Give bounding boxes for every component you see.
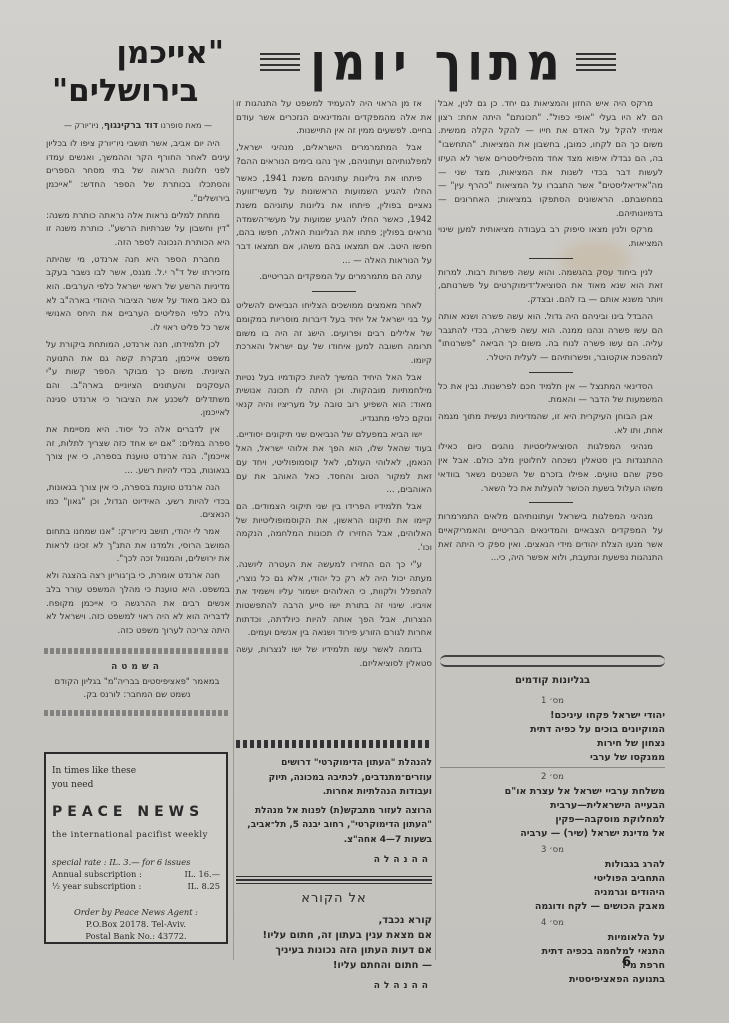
paragraph: ההבדל בינו וביניהם היה גדול. הוא עשה פשר… [438, 311, 663, 366]
to-reader-line: — חתום והחתם עליו! [236, 958, 432, 973]
previous-issues: בגליונות קודמים מס׳ 1 יהודי ישראל פקחו ע… [440, 655, 665, 987]
headline-ornament-left [260, 53, 300, 71]
section-divider [529, 372, 573, 373]
triple-divider [236, 876, 432, 885]
paragraph: מנהיגי המפלגות בישראל ועתונותיהם מלאים ה… [438, 511, 663, 566]
issue-item: משלחת ערביי ישראל אל עצרת או"ם [440, 785, 665, 799]
issue-item: להרג בגבולות [440, 858, 665, 872]
paragraph: עתה הם מתמרמרים על המפקדים הבריטיים. [236, 271, 432, 285]
headline-title: מתוך יומן [310, 32, 566, 91]
triangle-divider [236, 740, 432, 748]
correction-title: השמטה [44, 662, 230, 672]
ad-rate-row: special rate : IL. 3.— for 6 issues [52, 856, 220, 868]
paragraph: אבל תלמידיו הפרידו בין שני תיקוני הצמודי… [236, 501, 432, 556]
paragraph: אבל המתמרמרים הישראלים, מנהיגי ישראל, למ… [236, 142, 432, 169]
issue-number: מס׳ 4 [440, 918, 665, 928]
article-headline-line1: "אייכמן [44, 34, 224, 72]
paragraph: מנהיגי המפלגות הסוציאליסטיות נוהגים כיום… [438, 441, 663, 496]
ad-brand: PEACE NEWS [52, 804, 220, 820]
to-reader-title: אל הקורא [236, 892, 432, 907]
byline-prefix: מאת סופרנו [161, 121, 202, 130]
column-left: היה יום אביב, אשר תושבי ניו־יורק ציפו לו… [46, 138, 230, 642]
issue-item: הבעייה הישראלית—ערבית [440, 799, 665, 813]
page-number: 6 [622, 955, 631, 970]
column-rule [233, 100, 234, 960]
section-divider [312, 291, 356, 292]
ad-rate-row: Annual subscription : IL. 16.— [52, 868, 220, 880]
wavy-divider [440, 655, 665, 667]
paragraph: מרקס ולנין מצאו סיפוק רב בעבודה מציאותית… [438, 224, 663, 251]
paragraph: לכן תלמידתו, חנה ארנדט, המותחת ביקורת על… [46, 339, 230, 421]
byline-author: דוד ברקינגוף [104, 121, 158, 131]
column-right: מרקס היה איש החזון והמציאות גם יחד. כן ג… [438, 98, 663, 569]
rate-label: Annual subscription : [52, 868, 142, 880]
ad-order-info: Order by Peace News Agent : P.O.Box 2017… [52, 906, 220, 942]
volunteers-text: הרוצה לעזור מתבקש(ת) לפנות אל מנהלת "העת… [236, 804, 432, 848]
issue-number: מס׳ 3 [440, 845, 665, 855]
ad-intro-line: In times like these [52, 764, 220, 778]
ad-po-box: P.O.Box 20178. Tel-Aviv. [52, 918, 220, 930]
issue-number: מס׳ 1 [440, 696, 665, 706]
ad-bank: Postal Bank No.: 43772. [52, 930, 220, 942]
paragraph: הסדינאי המתנצל — אין תלמיד חכם לפרשנות. … [438, 381, 663, 408]
issue-item: ממנקסו של ערבי [440, 751, 665, 765]
newspaper-page: מתוך יומן "אייכמן בירושלים" — מאת סופרנו… [0, 0, 729, 1023]
to-reader-body: קורא נכבד, אם מצאת ענין בעתון זה, חתום ע… [236, 913, 432, 973]
paragraph: מרקס היה איש החזון והמציאות גם יחד. כן ג… [438, 98, 663, 221]
wavy-divider [44, 648, 230, 654]
paragraph: אין לדברים אלה כל יסוד. היא מסיימת את ספ… [46, 424, 230, 479]
paragraph: חנה ארנדט אומרת, כי בן־גוריון רצה בהצגה … [46, 570, 230, 639]
ad-order-line: Order by Peace News Agent : [52, 906, 220, 918]
peace-news-ad: In times like these you need PEACE NEWS … [44, 752, 228, 944]
paragraph: ע"י כך הם החזירו למעשה את העטרה ליושנה. … [236, 559, 432, 641]
issue-item: התחביב הפוליטי [440, 872, 665, 886]
paragraph: לנין ביחוד עסק בהגשמה. והוא עשה פשרות רב… [438, 267, 663, 308]
previous-issues-title: בגליונות קודמים [440, 675, 665, 686]
correction-notice: השמטה במאמר "פאציפיסטים בבריה"מ" בגליון … [44, 648, 230, 716]
issue-separator [440, 767, 665, 768]
ad-rates: special rate : IL. 3.— for 6 issues Annu… [52, 856, 220, 892]
volunteers-notice: להנהלת "העתון הדימוקרטי" דרושים עוזרים־מ… [236, 740, 432, 993]
paragraph: אבן הבוחן העיקרית היא זו, שהמדיניות נעשי… [438, 411, 663, 438]
section-divider [529, 502, 573, 503]
issue-item: התנאי למלחמה בכפיה דתית [440, 945, 665, 959]
byline: — מאת סופרנו דוד ברקינגוף, ניו־יורק — [46, 121, 230, 131]
correction-body: במאמר "פאציפיסטים בבריה"מ" בגליון הקודם … [44, 676, 230, 702]
paragraph: ישו הביא במפעלם של הנביאים שני תיקונים י… [236, 429, 432, 498]
volunteers-text: להנהלת "העתון הדימוקרטי" דרושים עוזרים־מ… [236, 756, 432, 800]
ad-rate-row: ½ year subscription : IL. 8.25 [52, 880, 220, 892]
issue-item: נצחון של חירות [440, 737, 665, 751]
issue-item: בתנועה הפאציפיסטית [440, 973, 665, 987]
issue-item: אל מדינת ישראל (שיר) — ערביה [440, 827, 665, 841]
to-reader-signature: ההנהלה [236, 979, 432, 994]
rate-label: ½ year subscription : [52, 880, 141, 892]
issue-item: היהודים וגרמניה [440, 886, 665, 900]
paragraph: מחברת הספר היא חנה ארנדט, מי שהיתה מזכיר… [46, 254, 230, 336]
section-divider [529, 258, 573, 259]
paragraph: פיתחו את גיליונות עתוניהם משנת 1941, כאש… [236, 173, 432, 269]
issue-item: מאבק הכושים — לקח ודוגמה [440, 900, 665, 914]
paragraph: היה יום אביב, אשר תושבי ניו־יורק ציפו לו… [46, 138, 230, 207]
paragraph: לאחר מאמצים ממושכים הצליחו הנביאים להשלי… [236, 300, 432, 369]
rate-value: IL. 16.— [184, 868, 220, 880]
ad-intro: In times like these you need [52, 764, 220, 792]
paragraph: אמר לי יהודי, תושב ניו־יורק: "אנו שמחנו … [46, 526, 230, 567]
wavy-divider [44, 710, 230, 716]
to-reader-line: אם מצאת ענין בעתון זה, חתום עליו! [236, 928, 432, 943]
paragraph: אז מן הראוי היה להעמיד למשפט על התנהגות … [236, 98, 432, 139]
rate-label: special rate : IL. 3.— for 6 issues [52, 856, 190, 868]
paragraph: הנה ארנדט טוענת בספרה, כי אין צורך בגאונ… [46, 482, 230, 523]
rate-value: IL. 8.25 [187, 880, 220, 892]
ad-intro-line: you need [52, 778, 220, 792]
to-reader-line: קורא נכבד, [236, 913, 432, 928]
column-rule [435, 100, 436, 960]
byline-location: ניו־יורק [75, 121, 99, 130]
issue-item: המוקיונים בוכים על כפיה דתית [440, 723, 665, 737]
issue-number: מס׳ 2 [440, 772, 665, 782]
paragraph: מתחת למלים נראות אלה נראתה כותרת משנה: "… [46, 210, 230, 251]
to-reader-line: אם דעות העתון הזה נכונות בעיניך [236, 943, 432, 958]
column-middle: אז מן הראוי היה להעמיד למשפט על התנהגות … [236, 98, 432, 674]
paragraph: אבל האל היחיד המשיך להיות כקודמיו בעל נט… [236, 372, 432, 427]
article-headline-line2: בירושלים" [44, 72, 224, 110]
article-headline: "אייכמן בירושלים" [44, 34, 224, 110]
issue-item: למחלוקת מוסקבה—פקין [440, 813, 665, 827]
issue-item: חרפת מי? [440, 959, 665, 973]
issue-item: על הלאומיות [440, 931, 665, 945]
ad-tagline: the international pacifist weekly [52, 830, 220, 840]
paragraph: בדומה לאשר עשו תלמידיו של ישו לנצרות, עש… [236, 644, 432, 671]
main-headline: מתוך יומן [228, 32, 648, 92]
issue-item: יהודי ישראל פקחו עיניכם! [440, 709, 665, 723]
headline-ornament-right [576, 53, 616, 71]
volunteers-signature: ההנהלה [236, 853, 432, 868]
